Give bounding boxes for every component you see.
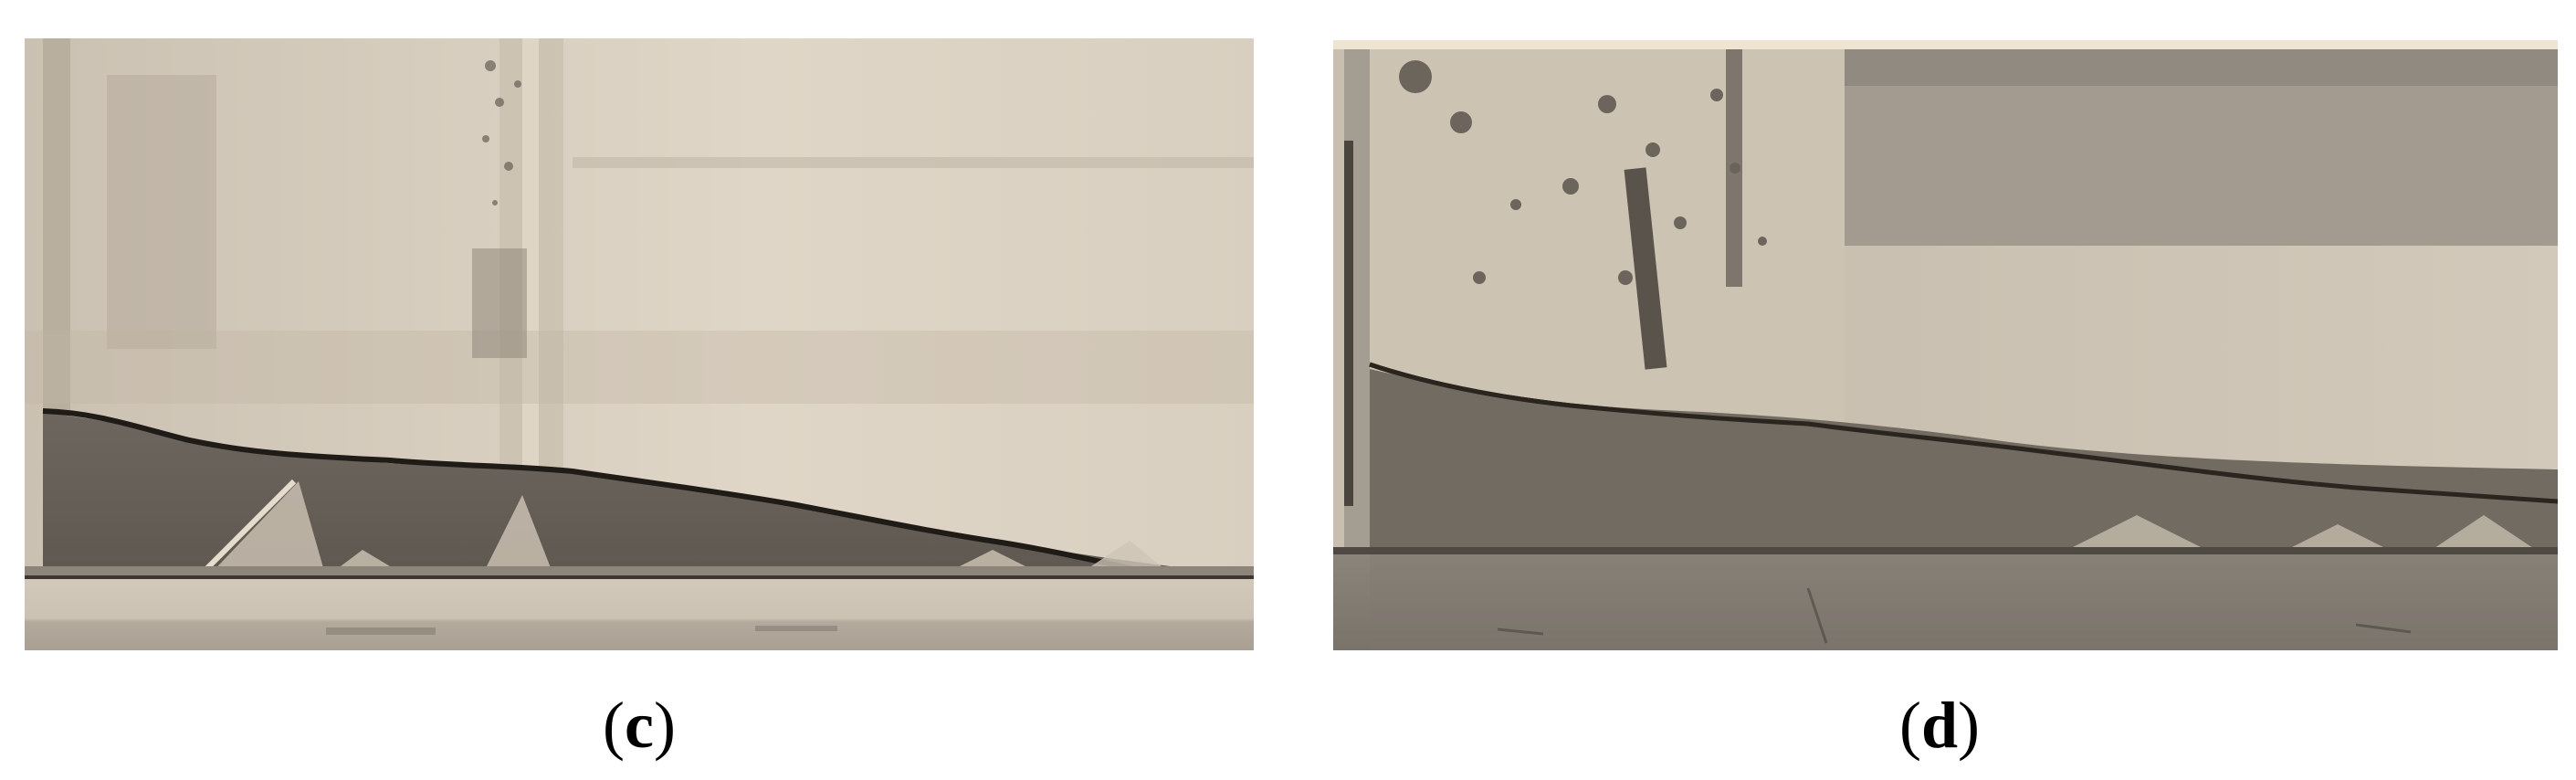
caption-c-close: ) <box>654 689 676 762</box>
caption-c-open: ( <box>603 689 625 762</box>
caption-c-letter: c <box>625 689 654 762</box>
caption-d-letter: d <box>1921 689 1958 762</box>
photo-panel-d <box>1333 40 2558 650</box>
caption-d-close: ) <box>1958 689 1980 762</box>
specimen-photo-c <box>25 38 1254 650</box>
caption-d: (d) <box>1848 692 2031 758</box>
specimen-photo-d <box>1333 40 2558 650</box>
photo-panel-c <box>25 38 1254 650</box>
caption-c: (c) <box>548 692 731 758</box>
caption-d-open: ( <box>1899 689 1921 762</box>
